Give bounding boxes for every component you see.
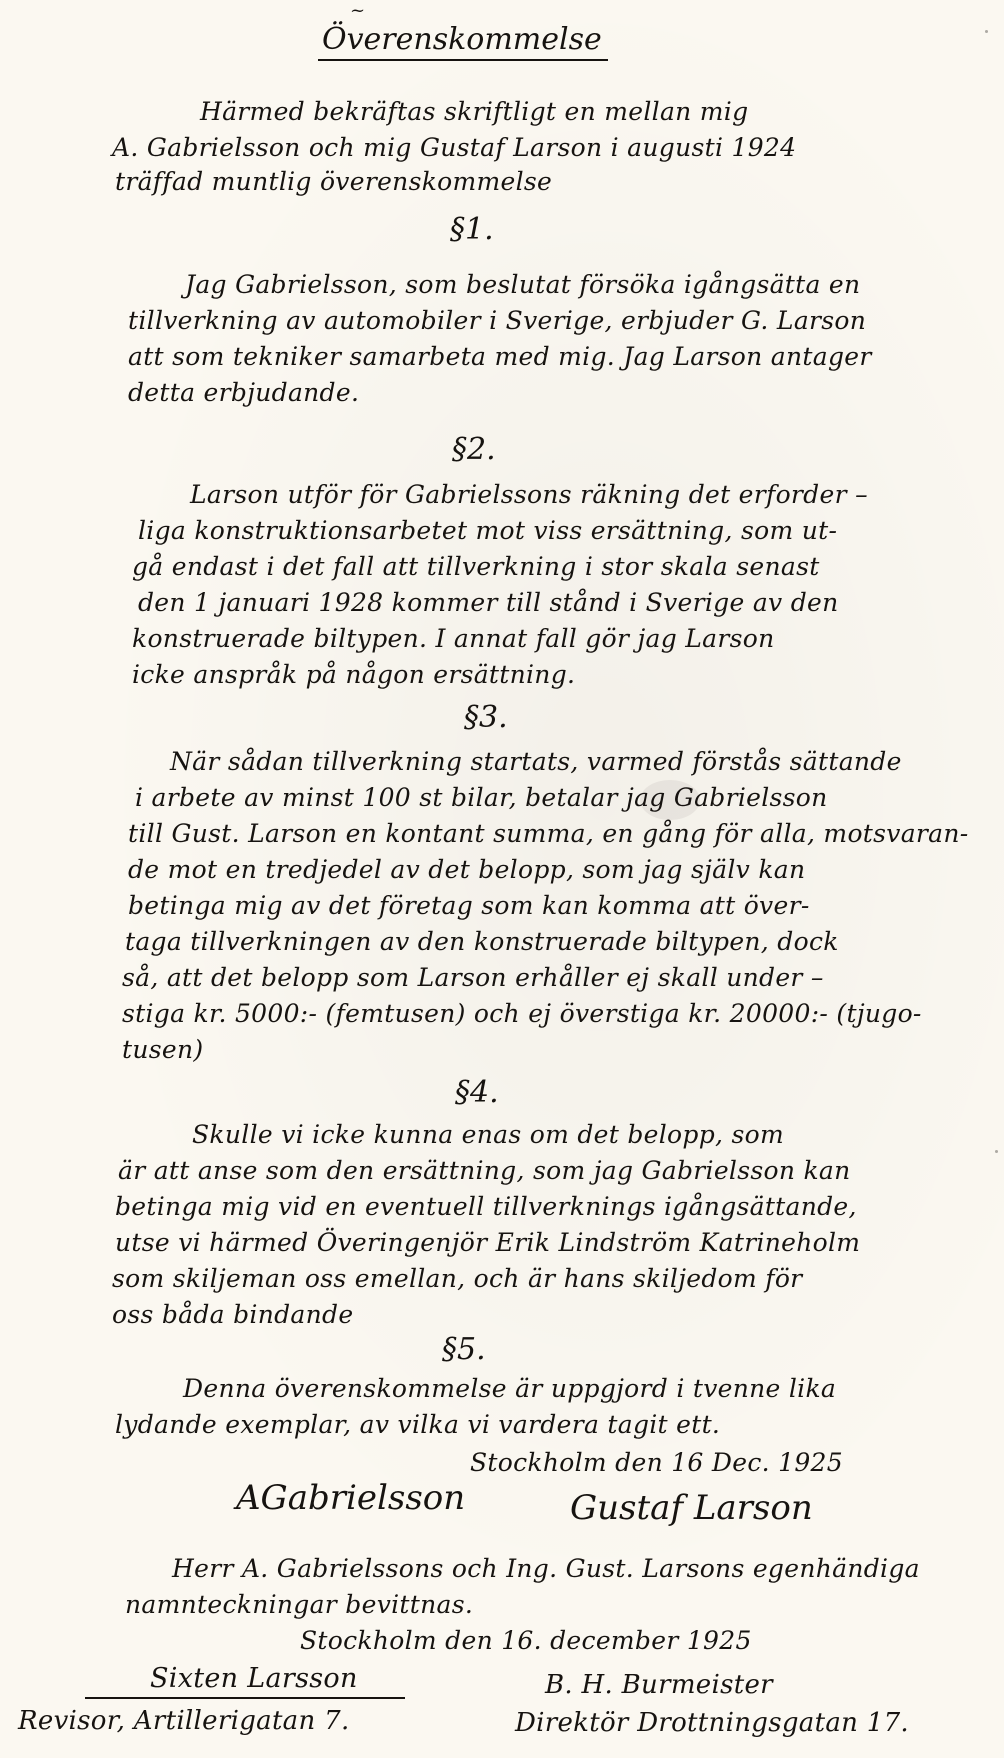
witness-place-date: Stockholm den 16. december 1925 (300, 1624, 752, 1658)
intro-line: träffad muntlig överenskommelse (115, 165, 552, 199)
intro-line: Härmed bekräftas skriftligt en mellan mi… (200, 95, 748, 129)
place-date: Stockholm den 16 Dec. 1925 (470, 1446, 843, 1480)
section-4-line: utse vi härmed Överingenjör Erik Lindstr… (115, 1226, 860, 1260)
section-3-line: stiga kr. 5000:- (femtusen) och ej övers… (122, 997, 922, 1031)
signature-gabrielsson: AGabrielsson (236, 1478, 465, 1518)
witness-signature-1: Sixten Larsson (150, 1662, 358, 1696)
section-3-line: tusen) (122, 1033, 203, 1067)
signature-larson: Gustaf Larson (570, 1488, 813, 1528)
section-4-line: Skulle vi icke kunna enas om det belopp,… (192, 1118, 784, 1152)
document-title: Överenskommelse (318, 22, 608, 61)
signature-underline (85, 1697, 405, 1699)
section-heading-2: §2. (452, 432, 496, 467)
ink-mark: ~ (350, 0, 365, 21)
section-2-line: icke anspråk på någon ersättning. (132, 658, 575, 692)
witness-address-2: Direktör Drottningsgatan 17. (515, 1706, 909, 1740)
scan-speck (985, 30, 988, 33)
section-heading-1: §1. (450, 212, 494, 247)
section-1-line: detta erbjudande. (128, 376, 359, 410)
section-4-line: är att anse som den ersättning, som jag … (118, 1154, 851, 1188)
intro-line: A. Gabrielsson och mig Gustaf Larson i a… (112, 131, 796, 165)
section-3-line: i arbete av minst 100 st bilar, betalar … (135, 781, 828, 815)
section-1-line: tillverkning av automobiler i Sverige, e… (128, 304, 866, 338)
section-1-line: Jag Gabrielsson, som beslutat försöka ig… (185, 268, 860, 302)
section-3-line: betinga mig av det företag som kan komma… (128, 889, 810, 923)
section-2-line: konstruerade biltypen. I annat fall gör … (132, 622, 775, 656)
witness-address-1: Revisor, Artillerigatan 7. (18, 1704, 350, 1738)
scan-stain (640, 780, 700, 820)
section-4-line: som skiljeman oss emellan, och är hans s… (112, 1262, 802, 1296)
section-1-line: att som tekniker samarbeta med mig. Jag … (128, 340, 872, 374)
witness-signature-2: B. H. Burmeister (545, 1668, 773, 1702)
section-heading-4: §4. (455, 1075, 499, 1110)
section-3-line: så, att det belopp som Larson erhåller e… (122, 961, 824, 995)
section-2-line: den 1 januari 1928 kommer till stånd i S… (138, 586, 839, 620)
section-3-line: taga tillverkningen av den konstruerade … (125, 925, 839, 959)
section-3-line: När sådan tillverkning startats, varmed … (170, 745, 902, 779)
section-4-line: oss båda bindande (112, 1298, 353, 1332)
section-heading-3: §3. (464, 700, 508, 735)
section-5-line: Denna överenskommelse är uppgjord i tven… (183, 1372, 836, 1406)
scan-speck (595, 320, 597, 322)
section-heading-5: §5. (442, 1332, 486, 1367)
document-page: ~ Överenskommelse Härmed bekräftas skrif… (0, 0, 1004, 1758)
section-3-line: de mot en tredjedel av det belopp, som j… (128, 853, 805, 887)
section-5-line: lydande exemplar, av vilka vi vardera ta… (115, 1408, 720, 1442)
section-2-line: gå endast i det fall att tillverkning i … (132, 550, 820, 584)
witness-statement-line: Herr A. Gabrielssons och Ing. Gust. Lars… (172, 1552, 920, 1586)
witness-statement-line: namnteckningar bevittnas. (125, 1588, 473, 1622)
section-2-line: Larson utför för Gabrielssons räkning de… (190, 478, 868, 512)
section-2-line: liga konstruktionsarbetet mot viss ersät… (138, 514, 837, 548)
scan-speck (995, 1150, 998, 1153)
section-4-line: betinga mig vid en eventuell tillverknin… (115, 1190, 857, 1224)
section-3-line: till Gust. Larson en kontant summa, en g… (128, 817, 969, 851)
